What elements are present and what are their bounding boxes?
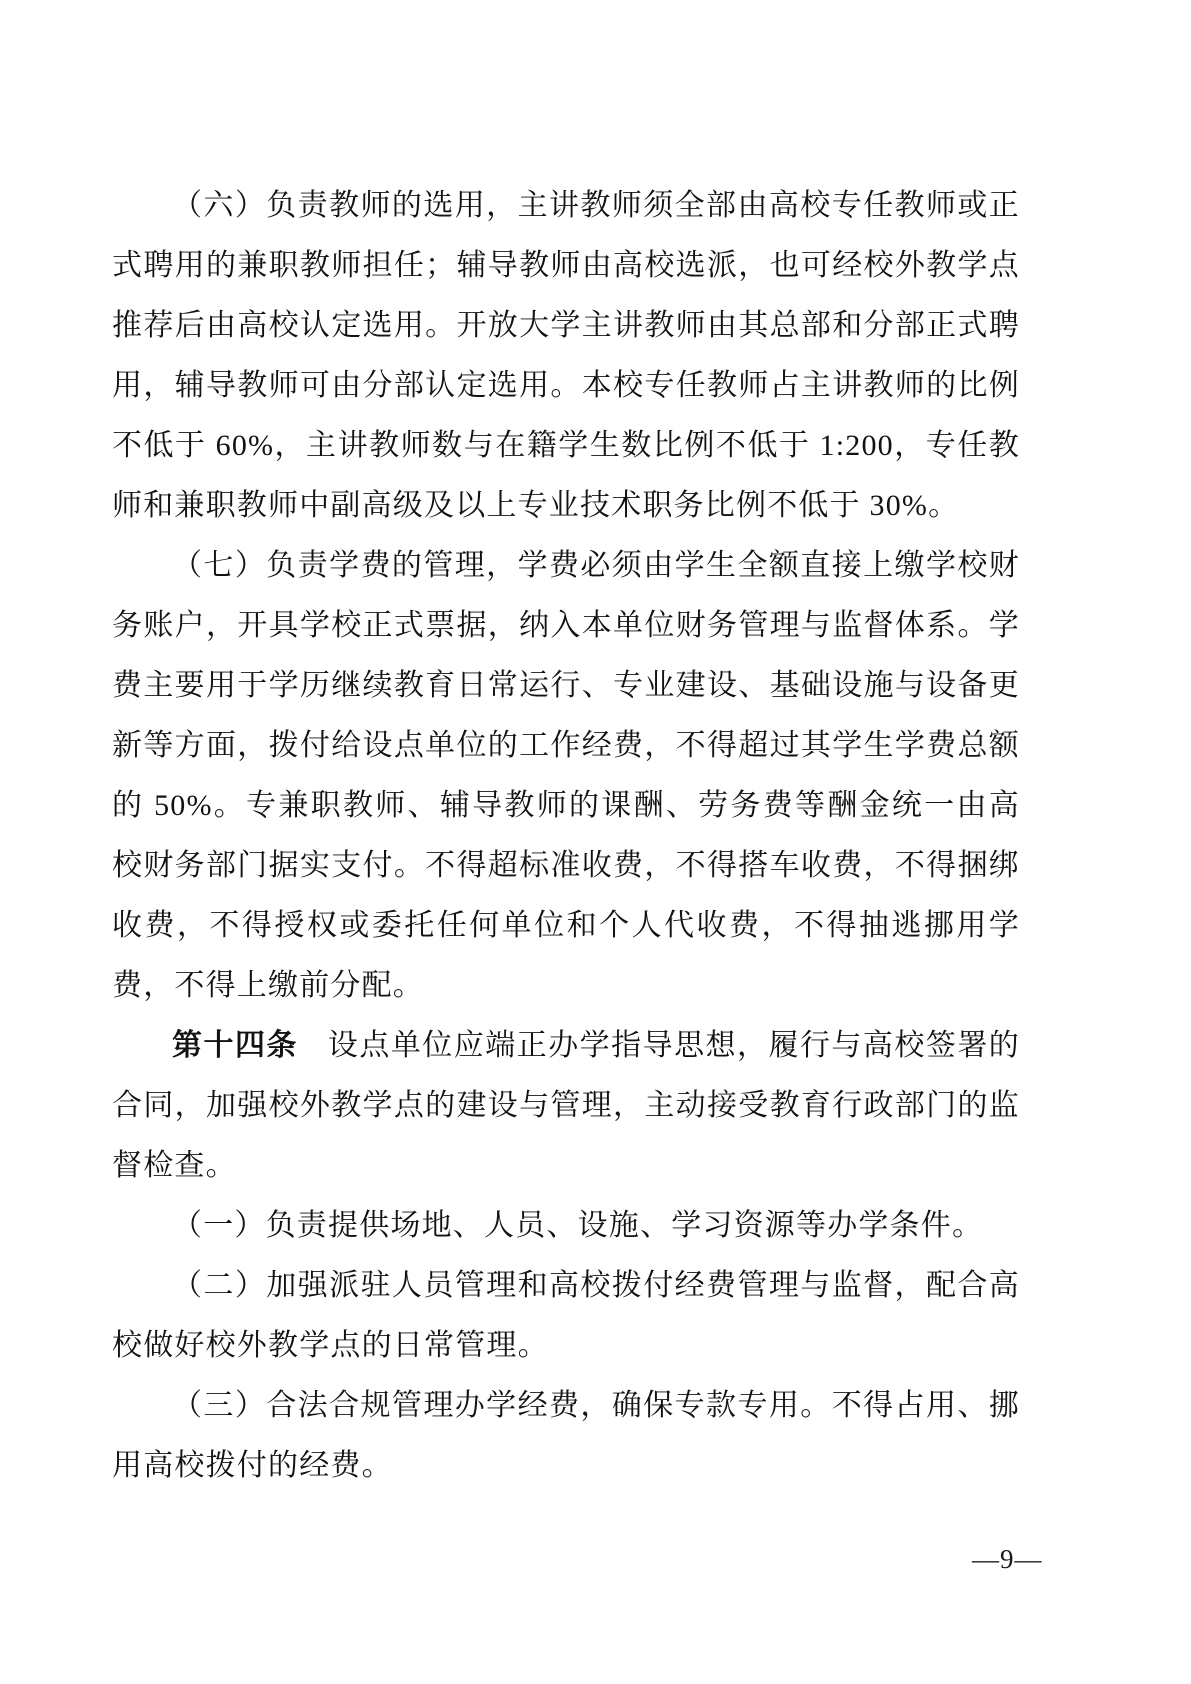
paragraph-item-1: （一）负责提供场地、人员、设施、学习资源等办学条件。 <box>112 1196 1020 1256</box>
document-page: （六）负责教师的选用，主讲教师须全部由高校专任教师或正式聘用的兼职教师担任；辅导… <box>0 0 1191 1684</box>
paragraph-item-3: （三）合法合规管理办学经费，确保专款专用。不得占用、挪用高校拨付的经费。 <box>112 1376 1020 1496</box>
page-number: —9— <box>972 1542 1043 1576</box>
article-number-label: 第十四条 <box>172 1029 298 1062</box>
paragraph-clause-6: （六）负责教师的选用，主讲教师须全部由高校专任教师或正式聘用的兼职教师担任；辅导… <box>112 176 1020 536</box>
document-body: （六）负责教师的选用，主讲教师须全部由高校专任教师或正式聘用的兼职教师担任；辅导… <box>112 176 1020 1496</box>
paragraph-item-2: （二）加强派驻人员管理和高校拨付经费管理与监督，配合高校做好校外教学点的日常管理… <box>112 1256 1020 1376</box>
paragraph-article-14: 第十四条设点单位应端正办学指导思想，履行与高校签署的合同，加强校外教学点的建设与… <box>112 1016 1020 1196</box>
paragraph-clause-7: （七）负责学费的管理，学费必须由学生全额直接上缴学校财务账户，开具学校正式票据，… <box>112 536 1020 1016</box>
